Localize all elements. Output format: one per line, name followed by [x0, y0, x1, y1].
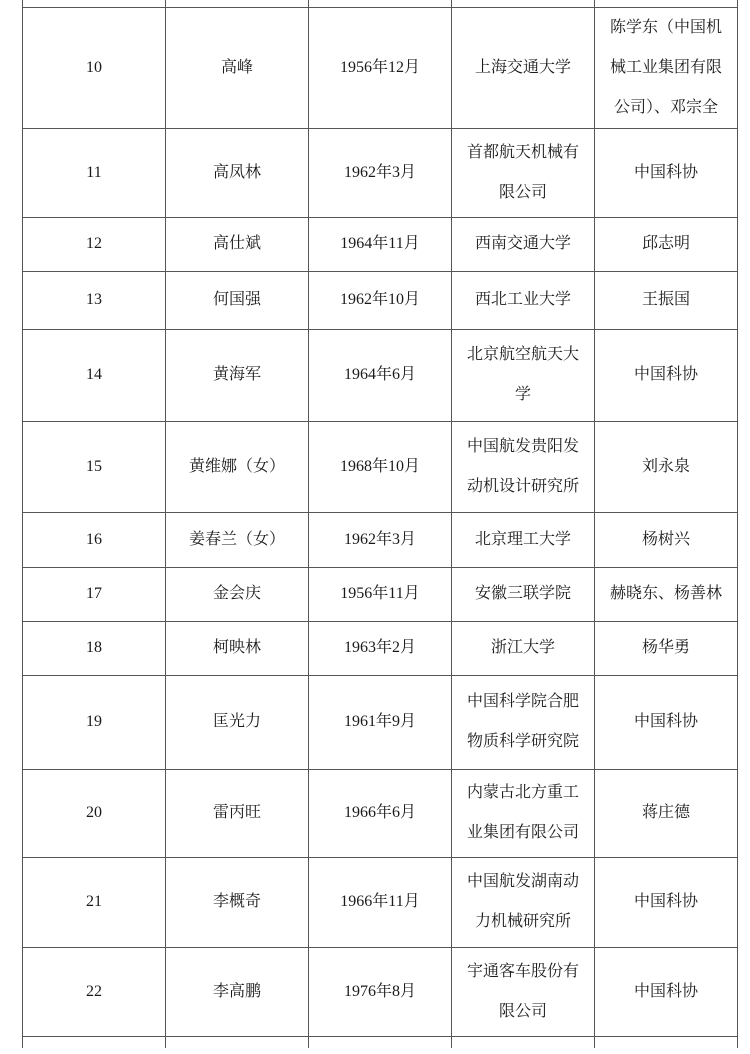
cell-no: 13	[23, 271, 166, 329]
cell-no: 21	[23, 857, 166, 947]
cell-no: 10	[23, 7, 166, 128]
cell-name: 李高鹏	[166, 947, 309, 1036]
partial-cell	[452, 1036, 595, 1048]
cell-recommender: 蒋庄德	[595, 769, 738, 857]
partial-cell	[452, 0, 595, 7]
partial-cell	[166, 0, 309, 7]
table-row-partial-top	[23, 0, 738, 7]
cell-birth: 1956年12月	[309, 7, 452, 128]
cell-birth: 1966年6月	[309, 769, 452, 857]
cell-recommender: 杨树兴	[595, 512, 738, 567]
cell-org: 中国航发贵阳发 动机设计研究所	[452, 421, 595, 512]
cell-no: 15	[23, 421, 166, 512]
cell-recommender: 王振国	[595, 271, 738, 329]
cell-recommender: 杨华勇	[595, 621, 738, 675]
cell-org: 上海交通大学	[452, 7, 595, 128]
cell-recommender: 中国科协	[595, 857, 738, 947]
cell-org: 首都航天机械有 限公司	[452, 128, 595, 217]
table-row: 19 匡光力 1961年9月 中国科学院合肥 物质科学研究院 中国科协	[23, 675, 738, 769]
cell-name: 高峰	[166, 7, 309, 128]
nominee-table: 10 高峰 1956年12月 上海交通大学 陈学东（中国机 械工业集团有限 公司…	[22, 0, 738, 1048]
cell-org: 西北工业大学	[452, 271, 595, 329]
cell-birth: 1976年8月	[309, 947, 452, 1036]
cell-birth: 1956年11月	[309, 567, 452, 621]
cell-name: 黄海军	[166, 329, 309, 421]
partial-cell	[23, 1036, 166, 1048]
table-row: 15 黄维娜（女） 1968年10月 中国航发贵阳发 动机设计研究所 刘永泉	[23, 421, 738, 512]
cell-no: 12	[23, 217, 166, 271]
cell-name: 高仕斌	[166, 217, 309, 271]
cell-birth: 1963年2月	[309, 621, 452, 675]
cell-no: 11	[23, 128, 166, 217]
cell-no: 14	[23, 329, 166, 421]
cell-recommender: 中国科协	[595, 128, 738, 217]
table-row: 10 高峰 1956年12月 上海交通大学 陈学东（中国机 械工业集团有限 公司…	[23, 7, 738, 128]
cell-birth: 1964年11月	[309, 217, 452, 271]
cell-recommender: 中国科协	[595, 675, 738, 769]
table-row: 13 何国强 1962年10月 西北工业大学 王振国	[23, 271, 738, 329]
table-row: 22 李高鹏 1976年8月 宇通客车股份有 限公司 中国科协	[23, 947, 738, 1036]
partial-cell	[595, 1036, 738, 1048]
cell-name: 姜春兰（女）	[166, 512, 309, 567]
cell-birth: 1968年10月	[309, 421, 452, 512]
cell-birth: 1962年10月	[309, 271, 452, 329]
table-row: 14 黄海军 1964年6月 北京航空航天大 学 中国科协	[23, 329, 738, 421]
cell-org: 安徽三联学院	[452, 567, 595, 621]
cell-recommender: 陈学东（中国机 械工业集团有限 公司）、邓宗全	[595, 7, 738, 128]
document-page: 10 高峰 1956年12月 上海交通大学 陈学东（中国机 械工业集团有限 公司…	[0, 0, 750, 1054]
cell-recommender: 中国科协	[595, 947, 738, 1036]
cell-name: 雷丙旺	[166, 769, 309, 857]
cell-name: 金会庆	[166, 567, 309, 621]
cell-org: 中国科学院合肥 物质科学研究院	[452, 675, 595, 769]
cell-birth: 1966年11月	[309, 857, 452, 947]
partial-cell	[309, 1036, 452, 1048]
cell-birth: 1962年3月	[309, 512, 452, 567]
partial-cell	[595, 0, 738, 7]
cell-recommender: 邱志明	[595, 217, 738, 271]
cell-no: 22	[23, 947, 166, 1036]
cell-name: 匡光力	[166, 675, 309, 769]
cell-name: 何国强	[166, 271, 309, 329]
table-row-partial-bottom	[23, 1036, 738, 1048]
cell-birth: 1961年9月	[309, 675, 452, 769]
cell-org: 西南交通大学	[452, 217, 595, 271]
table-row: 18 柯映林 1963年2月 浙江大学 杨华勇	[23, 621, 738, 675]
cell-org: 内蒙古北方重工 业集团有限公司	[452, 769, 595, 857]
cell-birth: 1964年6月	[309, 329, 452, 421]
partial-cell	[309, 0, 452, 7]
table-row: 16 姜春兰（女） 1962年3月 北京理工大学 杨树兴	[23, 512, 738, 567]
partial-cell	[166, 1036, 309, 1048]
table-row: 12 高仕斌 1964年11月 西南交通大学 邱志明	[23, 217, 738, 271]
cell-name: 黄维娜（女）	[166, 421, 309, 512]
cell-org: 宇通客车股份有 限公司	[452, 947, 595, 1036]
cell-no: 19	[23, 675, 166, 769]
cell-no: 17	[23, 567, 166, 621]
cell-recommender: 赫晓东、杨善林	[595, 567, 738, 621]
cell-no: 18	[23, 621, 166, 675]
table-row: 21 李概奇 1966年11月 中国航发湖南动 力机械研究所 中国科协	[23, 857, 738, 947]
table-row: 11 高凤林 1962年3月 首都航天机械有 限公司 中国科协	[23, 128, 738, 217]
partial-cell	[23, 0, 166, 7]
cell-org: 中国航发湖南动 力机械研究所	[452, 857, 595, 947]
table-row: 20 雷丙旺 1966年6月 内蒙古北方重工 业集团有限公司 蒋庄德	[23, 769, 738, 857]
cell-name: 高凤林	[166, 128, 309, 217]
cell-recommender: 中国科协	[595, 329, 738, 421]
cell-no: 16	[23, 512, 166, 567]
cell-org: 北京航空航天大 学	[452, 329, 595, 421]
cell-no: 20	[23, 769, 166, 857]
cell-recommender: 刘永泉	[595, 421, 738, 512]
cell-name: 柯映林	[166, 621, 309, 675]
cell-org: 北京理工大学	[452, 512, 595, 567]
cell-birth: 1962年3月	[309, 128, 452, 217]
cell-name: 李概奇	[166, 857, 309, 947]
table-row: 17 金会庆 1956年11月 安徽三联学院 赫晓东、杨善林	[23, 567, 738, 621]
cell-org: 浙江大学	[452, 621, 595, 675]
